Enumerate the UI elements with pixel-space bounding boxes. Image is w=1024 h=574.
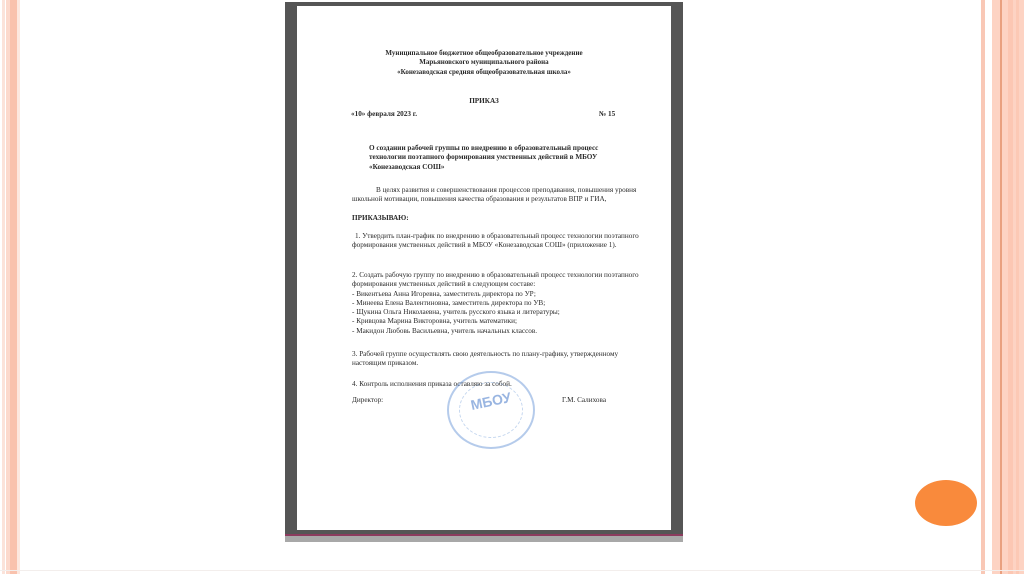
decorative-stripe	[2, 0, 5, 574]
document-number: № 15	[599, 110, 615, 119]
document-image-frame: Муниципальное бюджетное общеобразователь…	[285, 2, 683, 536]
member-list-item: - Щукина Ольга Николаевна, учитель русск…	[352, 308, 652, 317]
document-shadow	[285, 536, 683, 542]
decorative-stripe	[17, 0, 20, 574]
signature-name: Г.М. Салихова	[562, 396, 606, 405]
decorative-stripe	[10, 0, 17, 574]
member-list-item: - Кривцова Марина Викторовна, учитель ма…	[352, 317, 652, 326]
member-list-item: - Викентьева Анна Игоревна, заместитель …	[352, 290, 652, 299]
signature-label: Директор:	[352, 396, 383, 405]
decorative-stripe	[1008, 0, 1013, 574]
order-item-2: 2. Создать рабочую группу по внедрению в…	[352, 271, 652, 336]
decorative-oval	[915, 480, 977, 526]
order-item-1: 1. Утвердить план-график по внедрению в …	[352, 232, 652, 251]
member-list-item: - Макидон Любовь Васильевна, учитель нач…	[352, 327, 652, 336]
document-subject: О создании рабочей группы по внедрению в…	[369, 144, 629, 172]
document-date: «10» февраля 2023 г.	[351, 110, 417, 119]
header-line: «Конезаводская средняя общеобразовательн…	[297, 68, 671, 77]
order-item-3: 3. Рабочей группе осуществлять свою деят…	[352, 350, 652, 369]
header-line: Муниципальное бюджетное общеобразователь…	[297, 49, 671, 58]
order-word: ПРИКАЗЫВАЮ:	[352, 214, 409, 223]
document-title: ПРИКАЗ	[297, 97, 671, 106]
member-list-item: - Минеева Елена Валентиновна, заместител…	[352, 299, 652, 308]
decorative-stripe	[1016, 0, 1019, 574]
decorative-stripe	[1000, 0, 1002, 574]
slide-bottom-line	[0, 570, 1024, 571]
order-item-2-text: 2. Создать рабочую группу по внедрению в…	[352, 271, 652, 290]
official-stamp: МБОУ	[447, 371, 535, 449]
document-header: Муниципальное бюджетное общеобразователь…	[297, 49, 671, 77]
header-line: Марьяновского муниципального района	[297, 58, 671, 67]
document-page: Муниципальное бюджетное общеобразователь…	[297, 6, 671, 530]
document-preamble: В целях развития и совершенствования про…	[352, 186, 652, 205]
decorative-stripe	[981, 0, 985, 574]
